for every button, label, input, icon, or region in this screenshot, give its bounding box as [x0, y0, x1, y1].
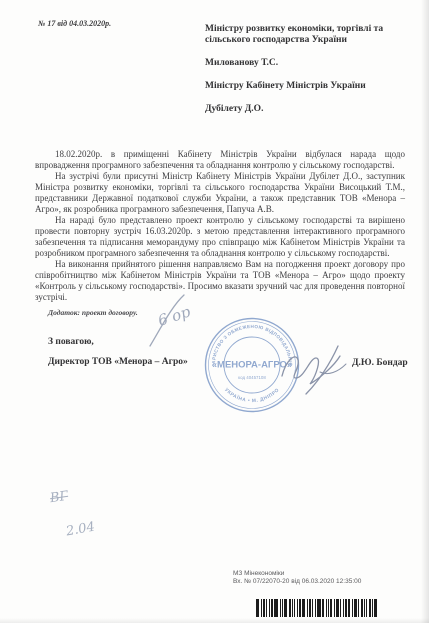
letter-page: № 17 від 04.03.2020р. Міністру розвитку … — [0, 0, 429, 623]
registration-office: МЗ Мінекономіки — [233, 570, 403, 578]
margin-mark: 2.04 — [65, 520, 96, 540]
scan-edge-shadow — [421, 0, 429, 623]
salutation: З повагою, — [48, 337, 94, 347]
director-signature — [276, 342, 362, 400]
addressee-line: Милованову Т.С. — [205, 58, 405, 69]
handwritten-text: 6 ор — [156, 302, 193, 329]
addressee-line: Міністру Кабінету Міністрів України — [205, 81, 405, 92]
body-paragraph: На зустрічі були присутні Міністр Кабіне… — [35, 171, 405, 215]
seal-ring-bottom-text: УКРАЇНА • М. ДНІПРО — [223, 387, 281, 404]
barcode-gap — [377, 599, 379, 617]
registration-barcode — [256, 599, 379, 617]
scan-edge-shadow — [0, 618, 429, 623]
reference-number: № 17 від 04.03.2020р. — [38, 19, 111, 28]
body-paragraph: На виконання прийнятого рішення направля… — [35, 259, 405, 303]
registration-number: Вх. № 07/22070-20 від 06.03.2020 12:35:0… — [233, 578, 403, 586]
svg-text:УКРАЇНА • М. ДНІПРО: УКРАЇНА • М. ДНІПРО — [223, 387, 281, 404]
margin-mark: ВГ — [49, 489, 69, 506]
body-paragraph: 18.02.2020р. в приміщенні Кабінету Мініс… — [35, 149, 405, 171]
addressee-line: Міністру розвитку економіки, торгівлі та… — [205, 24, 405, 46]
addressee-line: Дубілету Д.О. — [205, 104, 405, 115]
signer-title: Директор ТОВ «Менора – Агро» — [48, 357, 188, 367]
body-paragraph: На нараді було представлено проект контр… — [35, 215, 405, 259]
addressee-block: Міністру розвитку економіки, торгівлі та… — [205, 24, 405, 127]
registration-stamp: МЗ Мінекономіки Вх. № 07/22070-20 від 06… — [233, 570, 403, 586]
seal-code-text: код 40457108 — [238, 375, 266, 380]
attachment-note: Додаток: проект договору. — [48, 308, 138, 317]
letter-body: 18.02.2020р. в приміщенні Кабінету Мініс… — [35, 149, 405, 303]
